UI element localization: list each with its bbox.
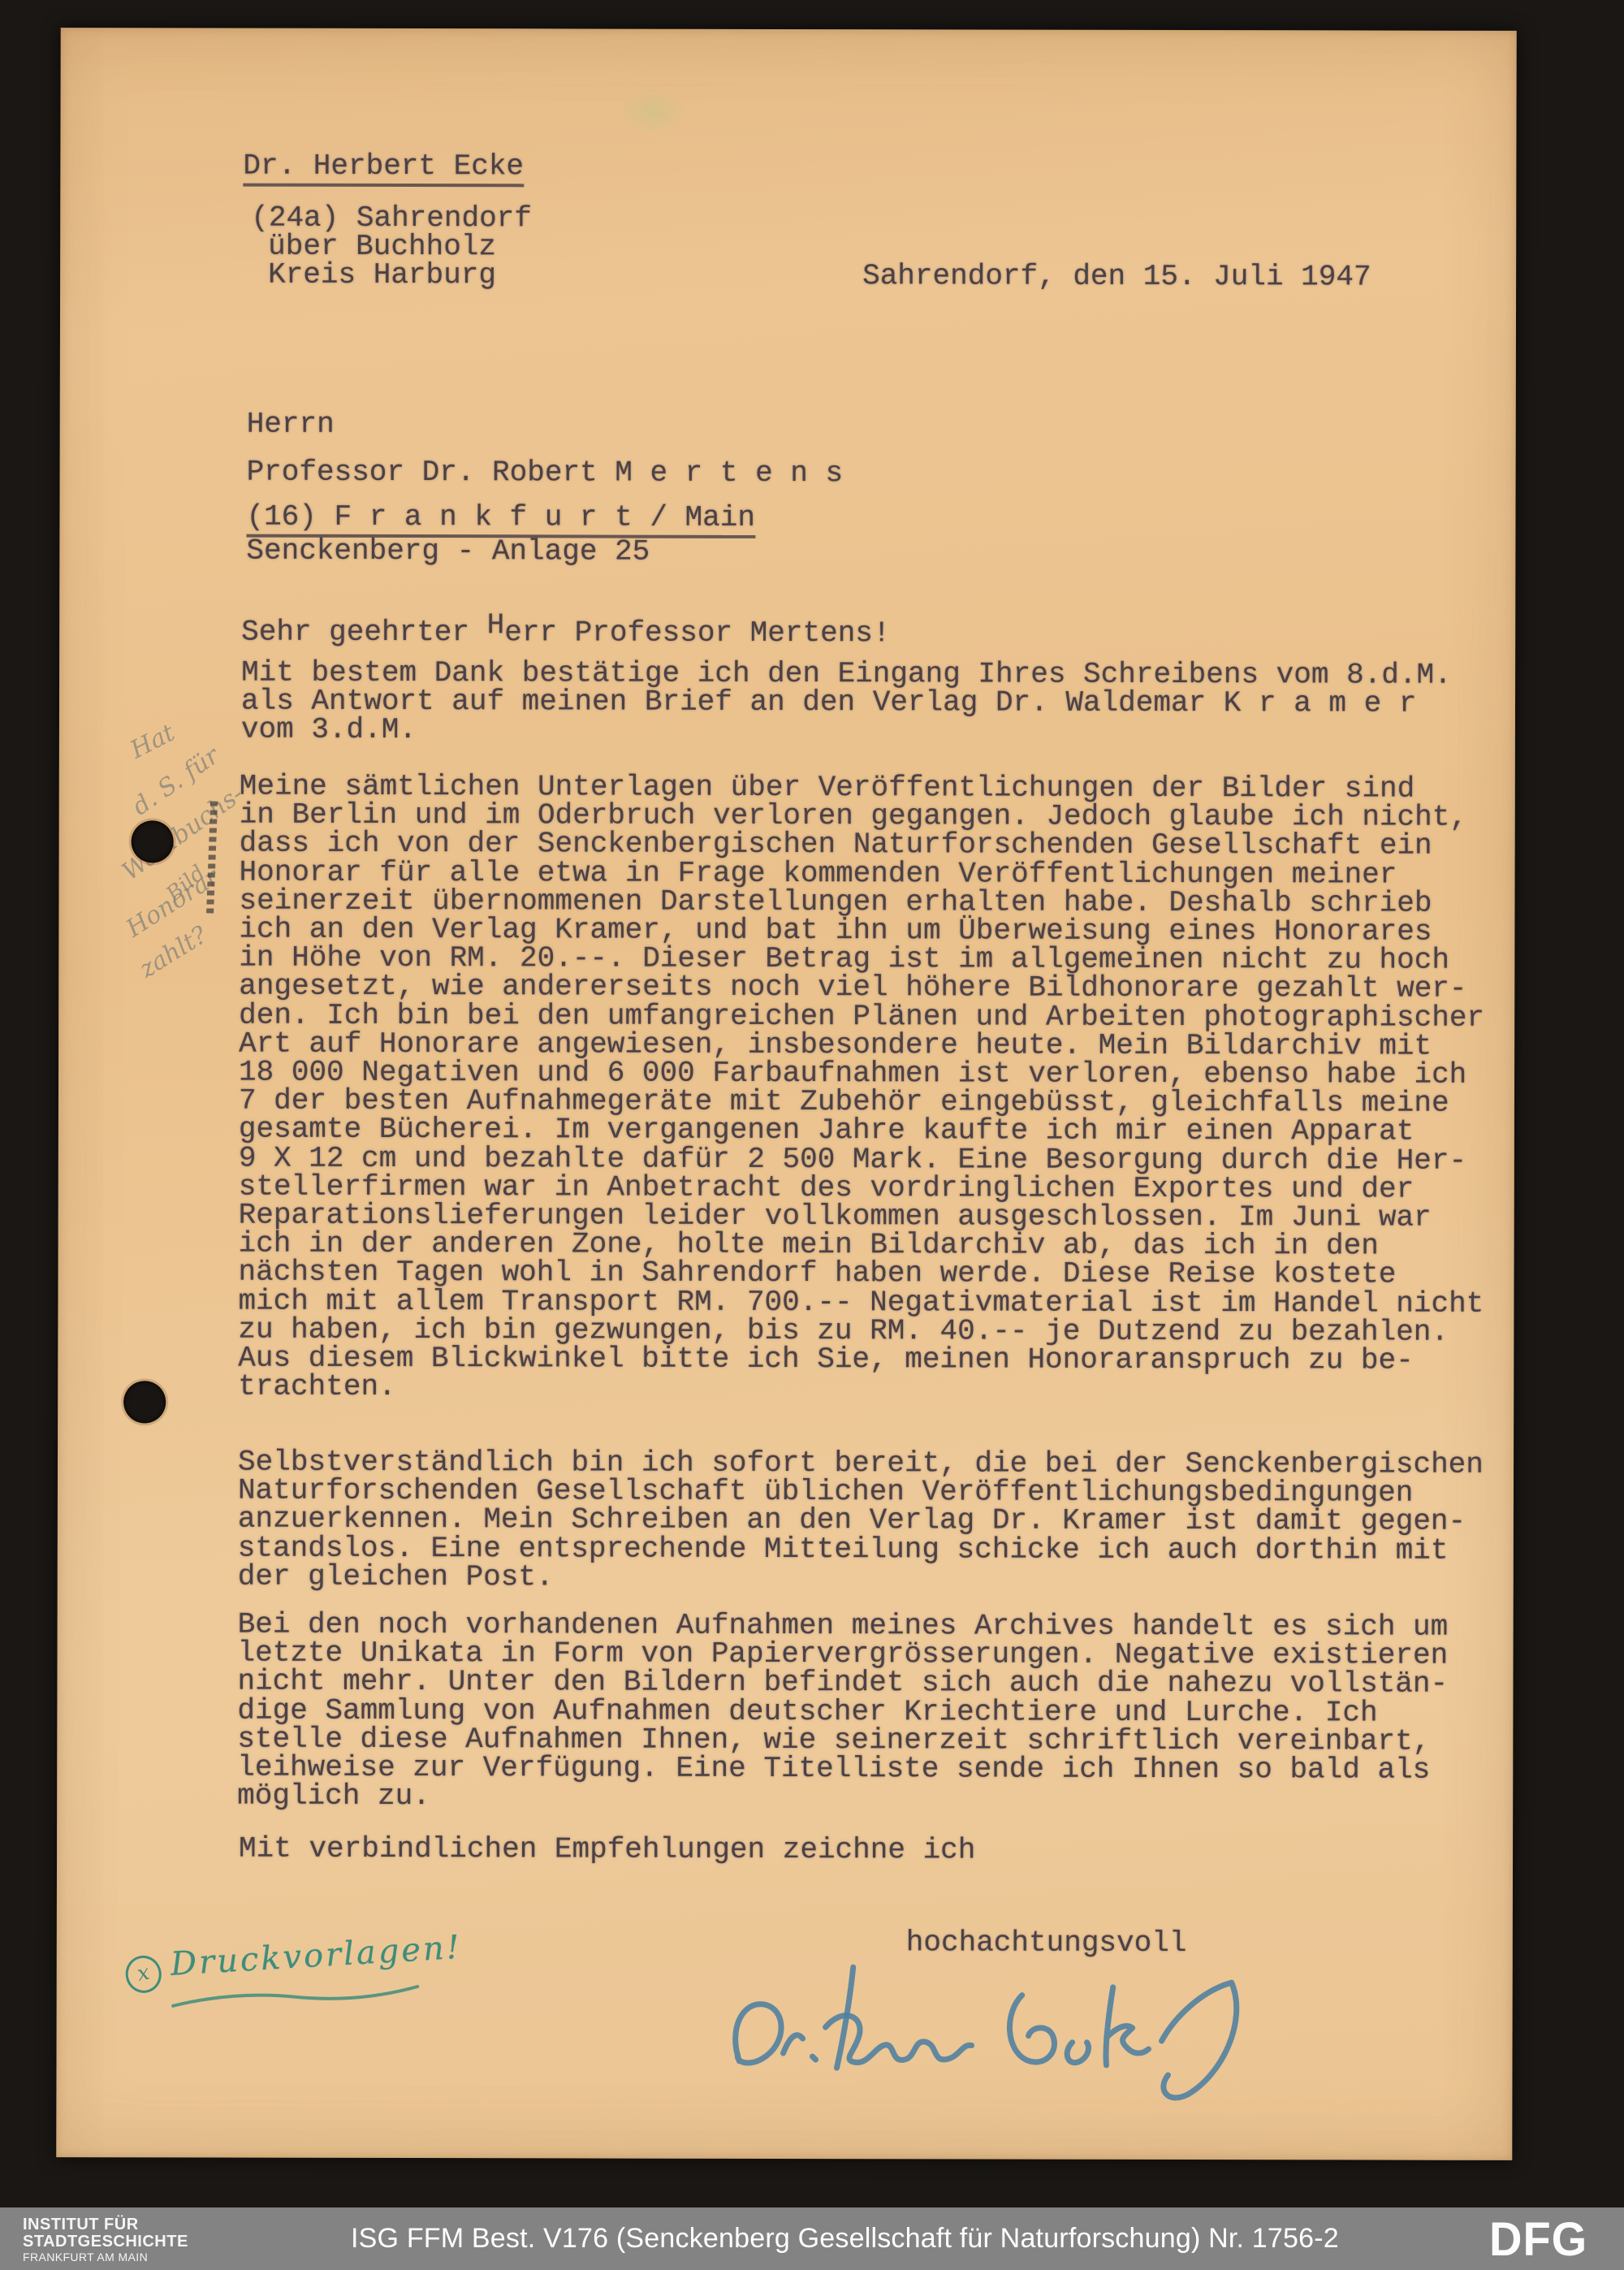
recipient-line3: (16) F r a n k f u r t / Main: [246, 503, 755, 533]
punch-hole-top: [132, 820, 174, 863]
institute-logo-block: INSTITUT FÜR STADTGESCHICHTE FRANKFURT A…: [23, 2216, 188, 2264]
salutation-part3: err Professor Mertens!: [504, 616, 890, 650]
paragraph-4: Bei den noch vorhandenen Aufnahmen meine…: [237, 1611, 1448, 1814]
salutation-part1: Sehr geehrter: [241, 616, 487, 650]
archive-reference: ISG FFM Best. V176 (Senckenberg Gesellsc…: [351, 2223, 1339, 2255]
annotation-underline: [169, 1982, 421, 2013]
sender-address-line2: über Buchholz: [268, 232, 496, 262]
annotation-druckvorlagen: x Druckvorlagen!: [124, 1928, 470, 2038]
recipient-line1: Herrn: [247, 410, 335, 439]
letter-page: Dr. Herbert Ecke (24a) Sahrendorf über B…: [56, 28, 1516, 2160]
salutation: Sehr geehrter Herr Professor Mertens!: [241, 618, 890, 648]
recipient-line2: Professor Dr. Robert M e r t e n s: [247, 458, 844, 488]
paragraph-3: Selbstverständlich bin ich sofort bereit…: [238, 1448, 1484, 1593]
signature-handwriting: [702, 1939, 1270, 2111]
margin-note-word-1: Hat: [126, 719, 179, 765]
salutation-raised-h: H: [487, 608, 505, 642]
institute-line1: INSTITUT FÜR: [23, 2216, 188, 2233]
paper-smudge: [620, 88, 685, 136]
annotation-note-text: Druckvorlagen!: [170, 1929, 463, 1983]
institute-line2: STADTGESCHICHTE: [23, 2233, 188, 2251]
sender-name: Dr. Herbert Ecke: [243, 152, 524, 181]
paragraph-1: Mit bestem Dank bestätige ich den Eingan…: [241, 659, 1452, 747]
sender-address-line3: Kreis Harburg: [268, 261, 496, 290]
institute-line3: FRANKFURT AM MAIN: [23, 2251, 188, 2264]
scan-background: Dr. Herbert Ecke (24a) Sahrendorf über B…: [0, 0, 1624, 2270]
recipient-city-text: (16) F r a n k f u r t / Main: [246, 500, 755, 538]
closing-line: Mit verbindlichen Empfehlungen zeichne i…: [239, 1835, 975, 1865]
annotation-circled-mark: x: [123, 1952, 165, 1996]
sender-name-text: Dr. Herbert Ecke: [243, 149, 524, 188]
sender-address-line1: (24a) Sahrendorf: [251, 204, 532, 233]
punch-hole-bottom: [123, 1381, 166, 1423]
paragraph-2: Meine sämtlichen Unterlagen über Veröffe…: [238, 772, 1484, 1404]
footer-bar: INSTITUT FÜR STADTGESCHICHTE FRANKFURT A…: [0, 2207, 1624, 2270]
recipient-line4: Senckenberg - Anlage 25: [246, 537, 650, 566]
dateline: Sahrendorf, den 15. Juli 1947: [862, 262, 1371, 292]
dfg-logo: DFG: [1489, 2212, 1587, 2267]
